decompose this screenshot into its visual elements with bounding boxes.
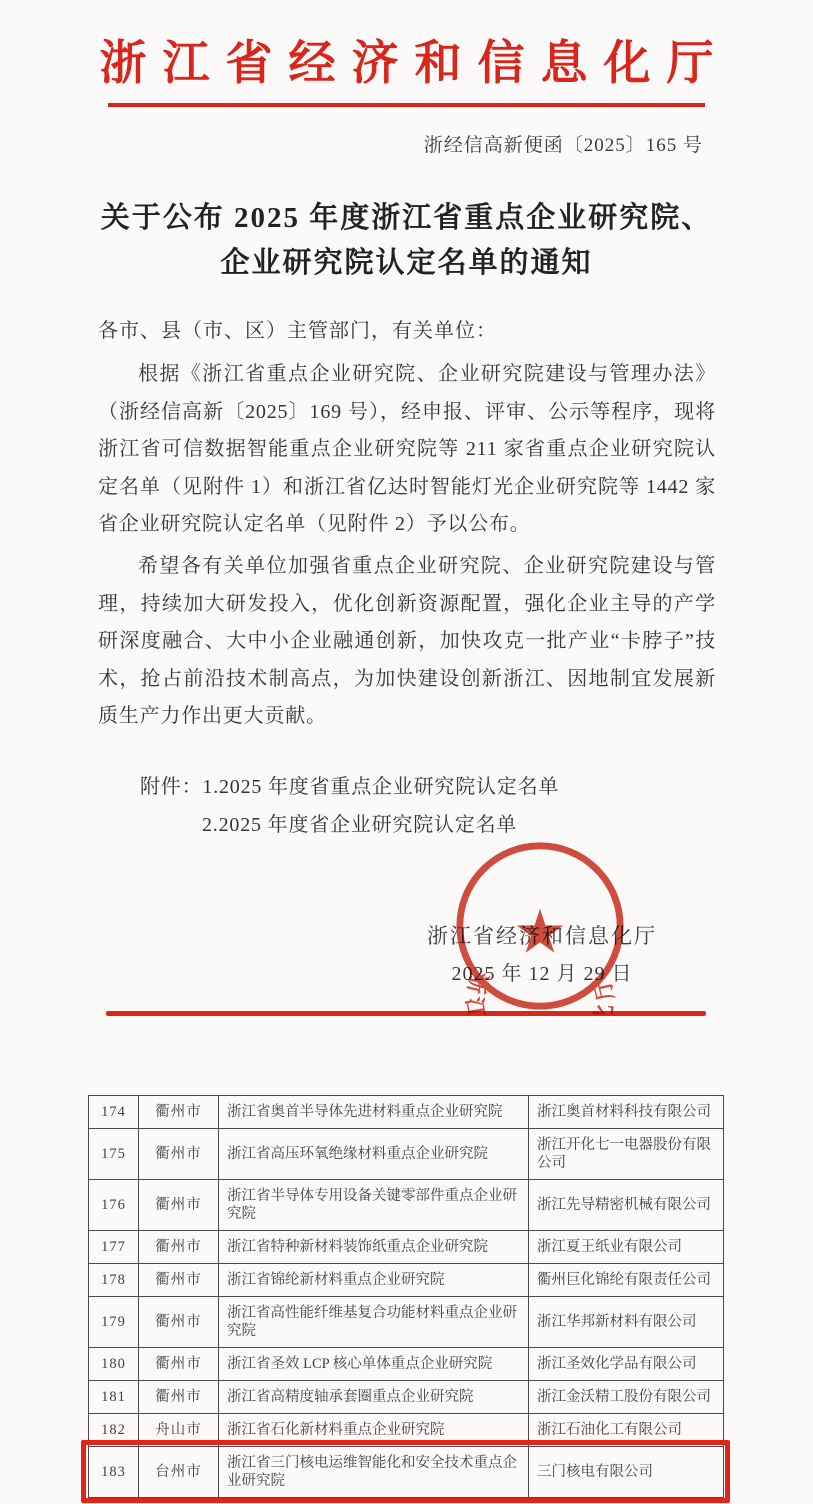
institute-table: 174衢州市浙江省奥首半导体先进材料重点企业研究院浙江奥首材料科技有限公司175… [88, 1095, 724, 1498]
table-row: 179衢州市浙江省高性能纤维基复合功能材料重点企业研究院浙江华邦新材料有限公司 [89, 1297, 724, 1348]
seal-star-icon: ★ [513, 899, 567, 966]
cell-institute: 浙江省圣效 LCP 核心单体重点企业研究院 [219, 1348, 529, 1381]
cell-no: 183 [89, 1447, 139, 1498]
cell-company: 浙江华邦新材料有限公司 [529, 1297, 724, 1348]
table-row: 181衢州市浙江省高精度轴承套圈重点企业研究院浙江金沃精工股份有限公司 [89, 1381, 724, 1414]
agency-letterhead-title: 浙江省经济和信息化厅 [0, 26, 813, 93]
cell-company: 浙江开化七一电器股份有限公司 [529, 1129, 724, 1180]
salutation: 各市、县（市、区）主管部门，有关单位： [98, 314, 718, 343]
cell-institute: 浙江省三门核电运维智能化和安全技术重点企业研究院 [219, 1447, 529, 1498]
cell-no: 179 [89, 1297, 139, 1348]
cell-institute: 浙江省高性能纤维基复合功能材料重点企业研究院 [219, 1297, 529, 1348]
cell-no: 175 [89, 1129, 139, 1180]
cell-city: 衢州市 [139, 1348, 219, 1381]
attachment-line-1: 附件：1.2025 年度省重点企业研究院认定名单 [140, 768, 559, 806]
cell-institute: 浙江省半导体专用设备关键零部件重点企业研究院 [219, 1180, 529, 1231]
cell-city: 衢州市 [139, 1381, 219, 1414]
institute-table-body: 174衢州市浙江省奥首半导体先进材料重点企业研究院浙江奥首材料科技有限公司175… [89, 1096, 724, 1498]
institute-table-wrap: 174衢州市浙江省奥首半导体先进材料重点企业研究院浙江奥首材料科技有限公司175… [88, 1095, 723, 1498]
attachment-item-2: 2.2025 年度省企业研究院认定名单 [202, 814, 517, 836]
cell-city: 衢州市 [139, 1297, 219, 1348]
cell-institute: 浙江省特种新材料装饰纸重点企业研究院 [219, 1231, 529, 1264]
cell-institute: 浙江省高压环氧绝缘材料重点企业研究院 [219, 1129, 529, 1180]
cell-company: 浙江先导精密机械有限公司 [529, 1180, 724, 1231]
notice-title-line-1: 关于公布 2025 年度浙江省重点企业研究院、 [0, 196, 813, 241]
attachments-block: 附件：1.2025 年度省重点企业研究院认定名单 2.2025 年度省企业研究院… [140, 768, 559, 844]
table-row: 176衢州市浙江省半导体专用设备关键零部件重点企业研究院浙江先导精密机械有限公司 [89, 1180, 724, 1231]
cell-city: 衢州市 [139, 1129, 219, 1180]
document-number: 浙经信高新便函〔2025〕165 号 [0, 130, 813, 157]
cell-no: 180 [89, 1348, 139, 1381]
cell-company: 浙江圣效化学品有限公司 [529, 1348, 724, 1381]
body-paragraph-1: 根据《浙江省重点企业研究院、企业研究院建设与管理办法》（浙经信高新〔2025〕1… [98, 356, 716, 544]
notice-title: 关于公布 2025 年度浙江省重点企业研究院、 企业研究院认定名单的通知 [0, 196, 813, 286]
cell-no: 177 [89, 1231, 139, 1264]
cell-company: 浙江金沃精工股份有限公司 [529, 1381, 724, 1414]
table-row: 175衢州市浙江省高压环氧绝缘材料重点企业研究院浙江开化七一电器股份有限公司 [89, 1129, 724, 1180]
table-row: 178衢州市浙江省锦纶新材料重点企业研究院衢州巨化锦纶有限责任公司 [89, 1264, 724, 1297]
table-row: 182舟山市浙江省石化新材料重点企业研究院浙江石油化工有限公司 [89, 1414, 724, 1447]
attachments-label: 附件： [140, 776, 202, 798]
cell-institute: 浙江省石化新材料重点企业研究院 [219, 1414, 529, 1447]
table-row: 174衢州市浙江省奥首半导体先进材料重点企业研究院浙江奥首材料科技有限公司 [89, 1096, 724, 1129]
cell-company: 浙江夏王纸业有限公司 [529, 1231, 724, 1264]
cell-no: 178 [89, 1264, 139, 1297]
official-seal-stamp: 浙江省经济和信息化厅 ★ [452, 838, 628, 1014]
document-page: 浙江省经济和信息化厅 浙经信高新便函〔2025〕165 号 关于公布 2025 … [0, 0, 813, 1504]
cell-no: 176 [89, 1180, 139, 1231]
cell-city: 衢州市 [139, 1180, 219, 1231]
cell-no: 182 [89, 1414, 139, 1447]
attachment-item-1: 1.2025 年度省重点企业研究院认定名单 [202, 776, 559, 798]
notice-title-line-2: 企业研究院认定名单的通知 [0, 241, 813, 286]
cell-city: 衢州市 [139, 1231, 219, 1264]
body-paragraph-2: 希望各有关单位加强省重点企业研究院、企业研究院建设与管理，持续加大研发投入，优化… [98, 548, 716, 736]
cell-city: 舟山市 [139, 1414, 219, 1447]
letterhead-rule [108, 103, 705, 107]
cell-company: 浙江奥首材料科技有限公司 [529, 1096, 724, 1129]
cell-city: 台州市 [139, 1447, 219, 1498]
cell-company: 三门核电有限公司 [529, 1447, 724, 1498]
cell-no: 174 [89, 1096, 139, 1129]
cell-institute: 浙江省锦纶新材料重点企业研究院 [219, 1264, 529, 1297]
cell-institute: 浙江省高精度轴承套圈重点企业研究院 [219, 1381, 529, 1414]
cell-institute: 浙江省奥首半导体先进材料重点企业研究院 [219, 1096, 529, 1129]
table-row: 177衢州市浙江省特种新材料装饰纸重点企业研究院浙江夏王纸业有限公司 [89, 1231, 724, 1264]
table-row: 183台州市浙江省三门核电运维智能化和安全技术重点企业研究院三门核电有限公司 [89, 1447, 724, 1498]
table-row: 180衢州市浙江省圣效 LCP 核心单体重点企业研究院浙江圣效化学品有限公司 [89, 1348, 724, 1381]
cell-company: 衢州巨化锦纶有限责任公司 [529, 1264, 724, 1297]
cell-city: 衢州市 [139, 1264, 219, 1297]
cell-no: 181 [89, 1381, 139, 1414]
cell-company: 浙江石油化工有限公司 [529, 1414, 724, 1447]
cell-city: 衢州市 [139, 1096, 219, 1129]
